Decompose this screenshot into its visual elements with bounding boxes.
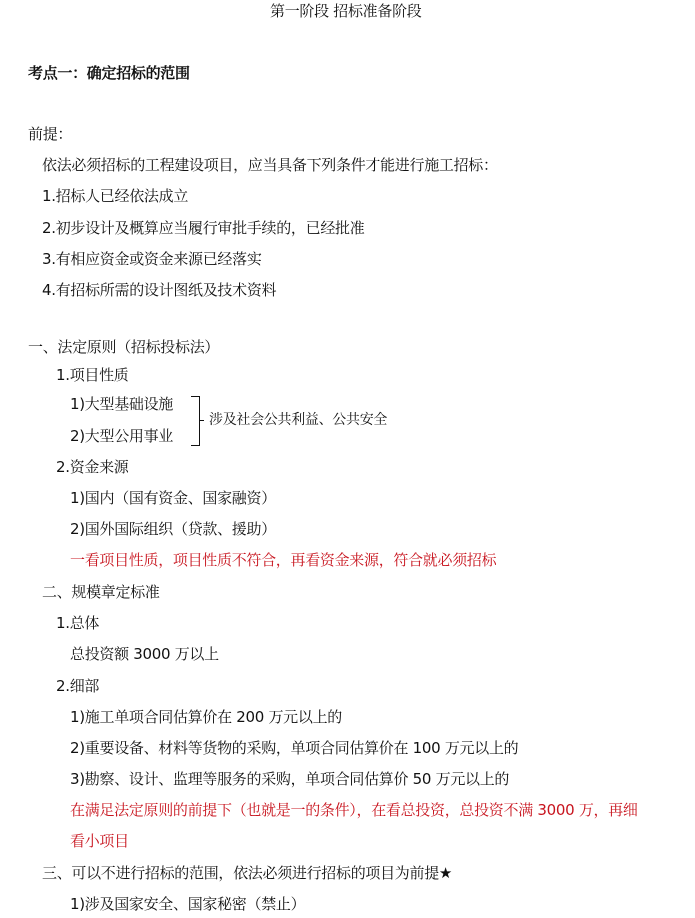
nature-item: 2)大型公用事业 bbox=[70, 426, 173, 446]
part3-item: 1)涉及国家安全、国家秘密（禁止） bbox=[70, 894, 305, 914]
part1-heading: 一、法定原则（招标投标法） bbox=[28, 337, 219, 357]
overall-label: 1.总体 bbox=[56, 613, 99, 633]
premise-item: 4.有招标所需的设计图纸及技术资料 bbox=[42, 280, 276, 300]
part1-note: 一看项目性质，项目性质不符合，再看资金来源，符合就必须招标 bbox=[70, 550, 496, 570]
premise-item: 2.初步设计及概算应当履行审批手续的，已经批准 bbox=[42, 218, 364, 238]
premise-intro: 依法必须招标的工程建设项目，应当具备下列条件才能进行施工招标： bbox=[42, 155, 498, 175]
overall-text: 总投资额 3000 万以上 bbox=[70, 644, 219, 664]
right-brace-icon bbox=[191, 396, 200, 446]
funding-item: 2)国外国际组织（贷款、援助） bbox=[70, 519, 276, 539]
funding-label: 2.资金来源 bbox=[56, 457, 129, 477]
nature-label: 1.项目性质 bbox=[56, 365, 129, 385]
detail-item: 1)施工单项合同估算价在 200 万元以上的 bbox=[70, 707, 342, 727]
part2-note-line1: 在满足法定原则的前提下（也就是一的条件），在看总投资，总投资不满 3000 万，… bbox=[70, 800, 638, 820]
part3-heading: 三、可以不进行招标的范围，依法必须进行招标的项目为前提★ bbox=[42, 863, 452, 883]
part2-heading: 二、规模章定标准 bbox=[42, 582, 160, 602]
premise-label: 前提： bbox=[28, 124, 72, 144]
document-title: 第一阶段 招标准备阶段 bbox=[270, 1, 421, 21]
premise-item: 1.招标人已经依法成立 bbox=[42, 186, 188, 206]
funding-item: 1)国内（国有资金、国家融资） bbox=[70, 488, 276, 508]
section-heading: 考点一：确定招标的范围 bbox=[28, 63, 190, 83]
brace-tick bbox=[200, 420, 204, 421]
detail-item: 3)勘察、设计、监理等服务的采购，单项合同估算价 50 万元以上的 bbox=[70, 769, 509, 789]
nature-item: 1)大型基础设施 bbox=[70, 394, 173, 414]
detail-item: 2)重要设备、材料等货物的采购，单项合同估算价在 100 万元以上的 bbox=[70, 738, 518, 758]
premise-item: 3.有相应资金或资金来源已经落实 bbox=[42, 249, 262, 269]
nature-bracket-note: 涉及社会公共利益、公共安全 bbox=[209, 410, 387, 430]
part2-note-line2: 看小项目 bbox=[70, 831, 129, 851]
detail-label: 2.细部 bbox=[56, 676, 99, 696]
